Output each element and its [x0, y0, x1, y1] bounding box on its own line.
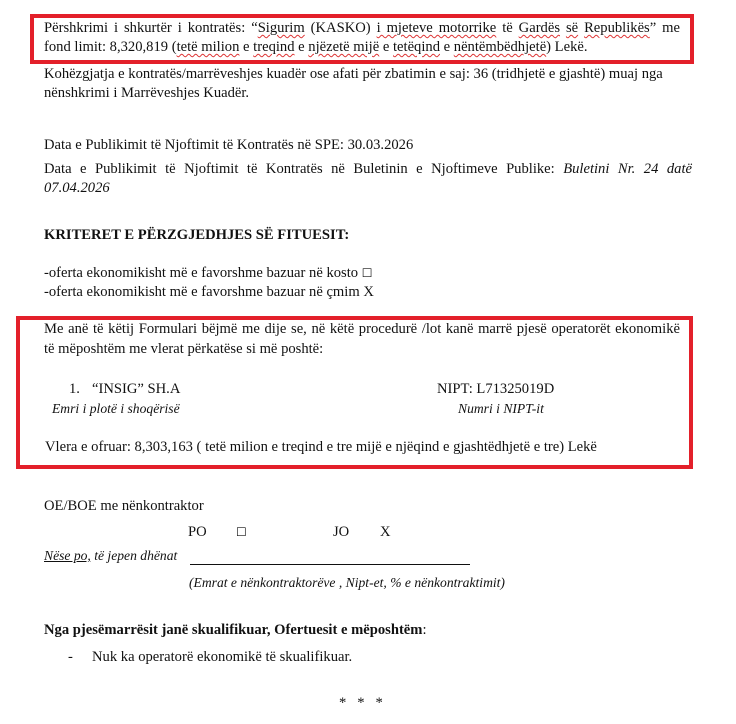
bulletin-number: Buletini Nr. 24 datë: [563, 161, 692, 177]
criteria-option-price: -oferta ekonomikisht më e favorshme bazu…: [44, 284, 374, 301]
text: e: [239, 39, 253, 55]
text: Republikës: [584, 20, 650, 36]
text: Përshkrimi i shkurtër i kontratës: “: [44, 20, 258, 36]
participant-nipt-caption: Numri i NIPT-it: [458, 401, 544, 417]
text: të: [496, 20, 518, 36]
text: tetëqind: [393, 39, 440, 55]
text: fond limit: 8,320,819 (: [44, 39, 177, 55]
duration-line-1: Kohëzgjatja e kontratës/marrëveshjes kua…: [44, 66, 663, 83]
disqualified-bullet: -: [68, 649, 73, 666]
subcontractor-details-label: Nëse po, të jepen dhënat: [44, 548, 177, 564]
text: tetë milion: [177, 39, 240, 55]
text: treqind: [253, 39, 294, 55]
duration-line-2: nënshkrimi i Marrëveshjes Kuadër.: [44, 85, 249, 102]
text: -oferta ekonomikisht më e favorshme bazu…: [44, 265, 358, 281]
subcontractor-no-mark: X: [380, 524, 391, 541]
checkbox-empty-icon: ☐: [362, 266, 373, 280]
text: :: [422, 622, 426, 638]
text: e: [440, 39, 454, 55]
text: e: [379, 39, 393, 55]
text: Sigurim: [258, 20, 305, 36]
description-line-2: fond limit: 8,320,819 (tetë milion e tre…: [44, 39, 588, 56]
text: i mjeteve motorrike: [377, 20, 497, 36]
text: ” me: [650, 20, 680, 36]
text: Data e Publikimit të Njoftimit të Kontra…: [44, 161, 563, 177]
text: ) Lekë.: [546, 39, 587, 55]
text: njëzetë mijë: [308, 39, 379, 55]
participant-nipt: NIPT: L71325019D: [437, 381, 554, 398]
subcontractor-label: OE/BOE me nënkontraktor: [44, 498, 204, 515]
disqualified-heading: Nga pjesëmarrësit janë skualifikuar, Ofe…: [44, 622, 427, 639]
participants-intro-line-2: të mëposhtëm me vlerat përkatëse si më p…: [44, 341, 323, 358]
publication-bulletin: Data e Publikimit të Njoftimit të Kontra…: [44, 161, 692, 178]
criteria-option-cost: -oferta ekonomikisht më e favorshme bazu…: [44, 265, 373, 282]
participant-name: “INSIG” SH.A: [92, 381, 180, 398]
subcontractor-no-label: JO: [333, 524, 349, 541]
text: së: [566, 20, 578, 36]
participants-intro-line-1: Me anë të këtij Formulari bëjmë me dije …: [44, 321, 680, 338]
text: -oferta ekonomikisht më e favorshme bazu…: [44, 284, 360, 300]
text: nëntëmbëdhjetë: [454, 39, 546, 55]
text: të jepen dhënat: [91, 548, 177, 563]
checkbox-checked-mark: X: [363, 284, 374, 300]
subcontractor-yes-label: PO: [188, 524, 207, 541]
participant-number: 1.: [69, 381, 80, 398]
publication-spe: Data e Publikimit të Njoftimit të Kontra…: [44, 137, 413, 154]
text: Nëse po,: [44, 548, 91, 563]
subcontractor-details-field[interactable]: [190, 554, 470, 565]
description-line-1: Përshkrimi i shkurtër i kontratës: “Sigu…: [44, 20, 680, 37]
participant-name-caption: Emri i plotë i shoqërisë: [52, 401, 180, 417]
publication-bulletin-date: 07.04.2026: [44, 180, 110, 197]
text: Gardës: [519, 20, 560, 36]
criteria-heading: KRITERET E PËRZGJEDHJES SË FITUESIT:: [44, 227, 349, 244]
disqualified-item: Nuk ka operatorë ekonomikë të skualifiku…: [92, 649, 352, 666]
participant-offer: Vlera e ofruar: 8,303,163 ( tetë milion …: [45, 439, 597, 456]
subcontractor-details-caption: (Emrat e nënkontraktorëve , Nipt-et, % e…: [189, 575, 505, 591]
subcontractor-yes-checkbox: ☐: [236, 525, 247, 539]
text: (KASKO): [305, 20, 377, 36]
section-separator: * * *: [339, 695, 383, 712]
text: e: [295, 39, 309, 55]
text: Nga pjesëmarrësit janë skualifikuar, Ofe…: [44, 622, 422, 638]
